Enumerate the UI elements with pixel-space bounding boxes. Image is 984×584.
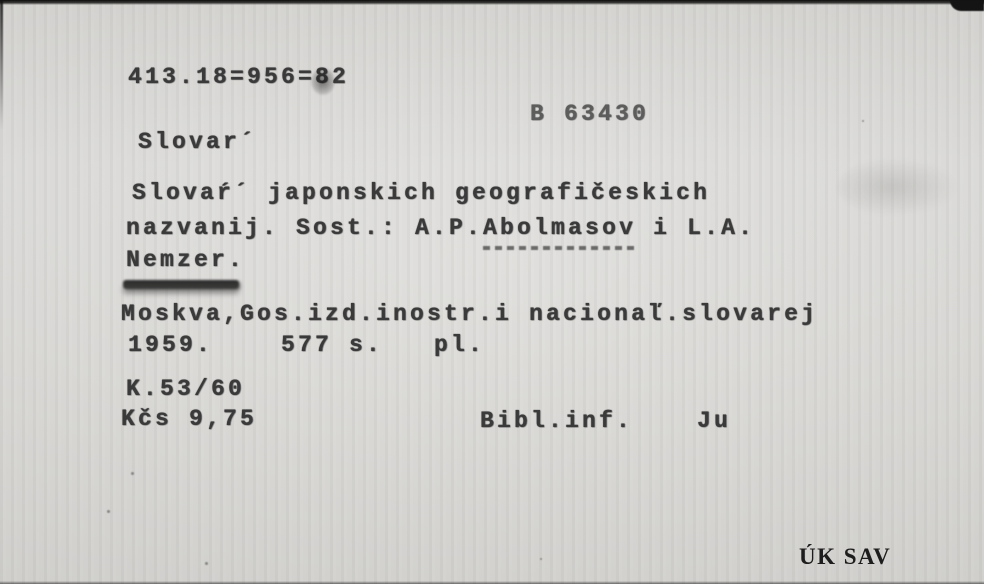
title-line-3: Nemzer. bbox=[126, 247, 245, 273]
paper-smudge bbox=[838, 158, 958, 216]
scan-corner-shadow bbox=[950, 0, 984, 11]
title-line-1: Slovaŕ´ japonskich geografičeskich bbox=[132, 180, 710, 206]
reference-note: Bibl.inf. bbox=[480, 408, 633, 434]
dust-speck bbox=[205, 562, 208, 565]
cataloguer-initials: Ju bbox=[697, 408, 731, 434]
dust-speck bbox=[540, 558, 542, 560]
price: Kčs 9,75 bbox=[121, 406, 257, 432]
library-stamp: ÚK SAV bbox=[799, 544, 891, 570]
dust-speck bbox=[131, 472, 134, 475]
ink-blot bbox=[311, 68, 335, 95]
heading-entry: Slovar´ bbox=[138, 129, 257, 155]
shelf-mark: K.53/60 bbox=[126, 376, 245, 402]
scan-left-edge bbox=[0, 0, 3, 130]
catalog-card: 413.18=956=82 B 63430 Slovar´ Slovaŕ´ ja… bbox=[0, 0, 984, 584]
dust-speck bbox=[862, 120, 864, 122]
abolmasov-underline bbox=[483, 246, 635, 250]
imprint-line: Moskva,Gos.izd.inostr.i nacionaľ.slovare… bbox=[121, 301, 818, 327]
scan-top-edge bbox=[0, 0, 984, 5]
accession-number: B 63430 bbox=[530, 101, 649, 127]
nemzer-underline bbox=[123, 280, 239, 289]
dust-speck bbox=[107, 510, 110, 513]
collation-line: 1959. 577 s. pl. bbox=[128, 332, 485, 358]
title-line-2: nazvanij. Sost.: A.P.Abolmasov i L.A. bbox=[126, 215, 755, 241]
